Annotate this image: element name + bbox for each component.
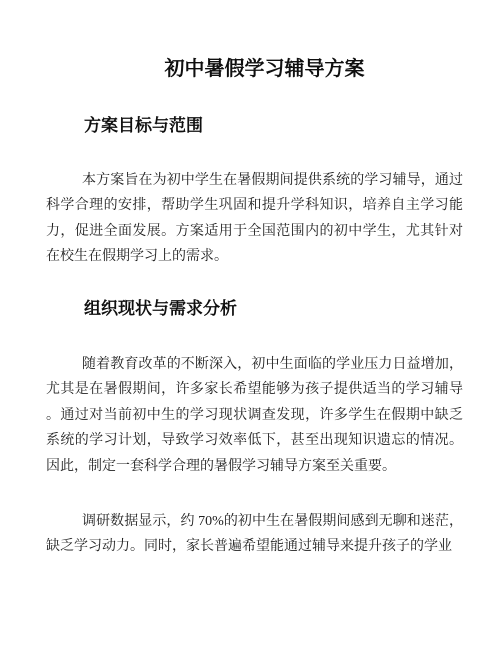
paragraph-survey-data: 调研数据显示，约 70%的初中生在暑假期间感到无聊和迷茫，缺乏学习动力。同时，家… xyxy=(46,509,463,560)
document-page: 初中暑假学习辅导方案 方案目标与范围 本方案旨在为初中学生在暑假期间提供系统的学… xyxy=(0,0,500,647)
document-title: 初中暑假学习辅导方案 xyxy=(66,58,463,80)
paragraph-goals-scope: 本方案旨在为初中学生在暑假期间提供系统的学习辅导，通过科学合理的安排，帮助学生巩… xyxy=(46,168,463,270)
section-heading-goals-scope: 方案目标与范围 xyxy=(46,117,463,135)
paragraph-status-analysis: 随着教育改革的不断深入，初中生面临的学业压力日益增加，尤其是在暑假期间，许多家长… xyxy=(46,352,463,480)
section-heading-status-needs-analysis: 组织现状与需求分析 xyxy=(46,300,463,318)
